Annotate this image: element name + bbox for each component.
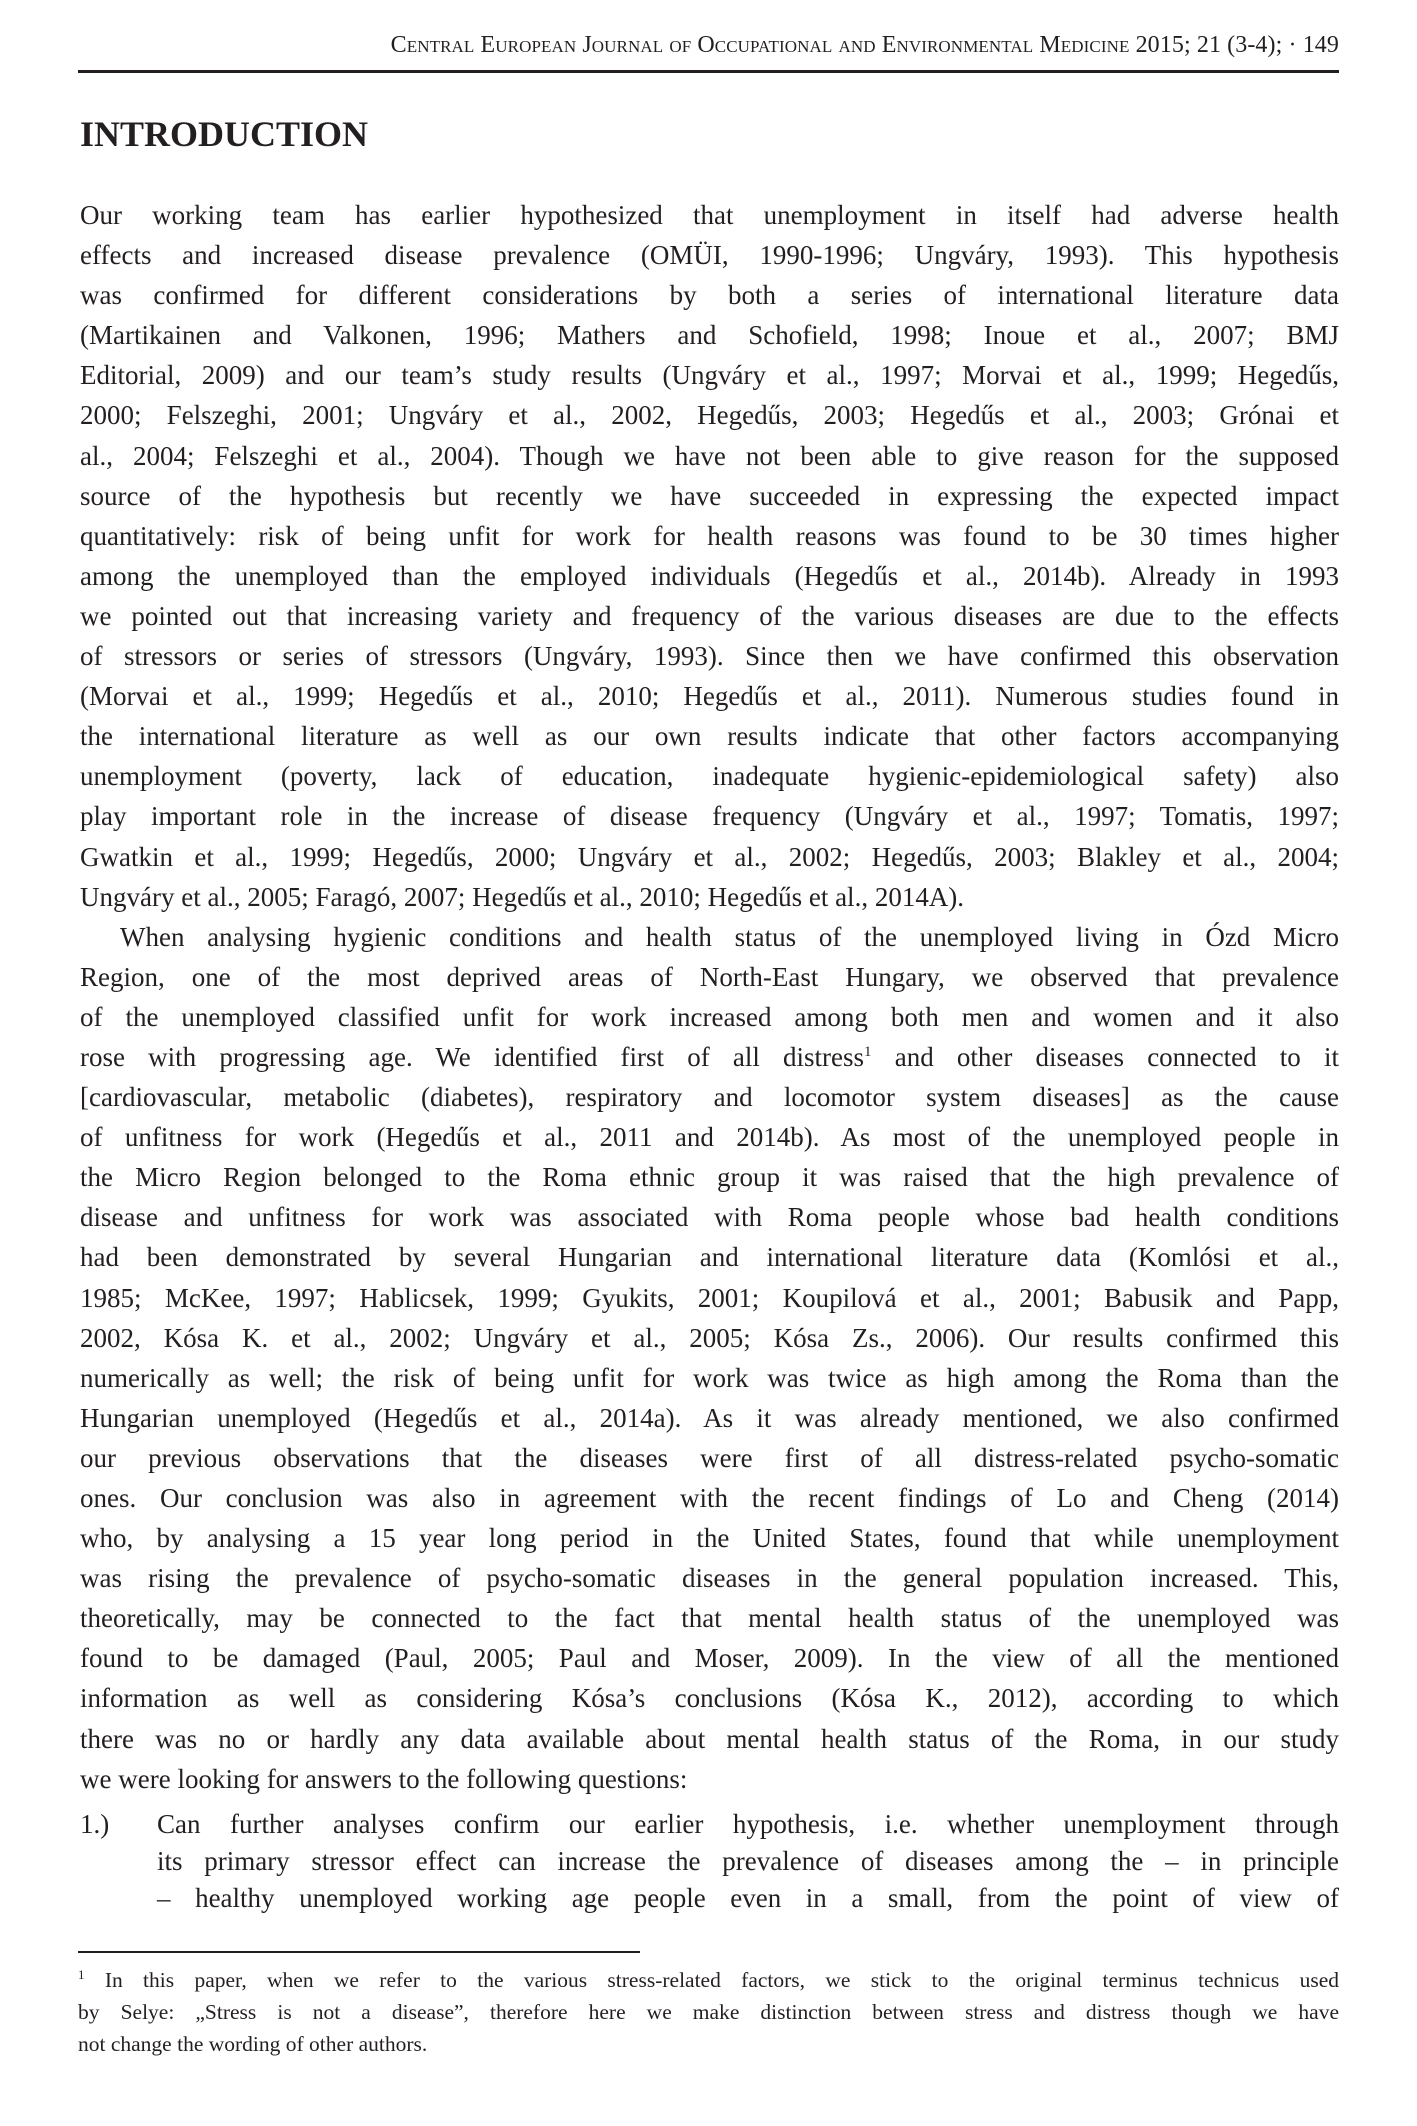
text-line: disease and unfitness for work was assoc… [80, 1197, 1339, 1237]
footnote: 1 In this paper, when we refer to the va… [78, 1964, 1339, 2060]
text-line: its primary stressor effect can increase… [157, 1843, 1339, 1880]
text-line: source of the hypothesis but recently we… [80, 476, 1339, 516]
paragraph-2: When analysing hygienic conditions and h… [80, 917, 1339, 1799]
text-line: (Morvai et al., 1999; Hegedűs et al., 20… [80, 676, 1339, 716]
footnote-line: by Selye: „Stress is not a disease”, the… [78, 1996, 1339, 2028]
text-line: our previous observations that the disea… [80, 1438, 1339, 1478]
text-line: numerically as well; the risk of being u… [80, 1358, 1339, 1398]
footnote-line: not change the wording of other authors. [78, 2028, 1339, 2060]
text-line: of stressors or series of stressors (Ung… [80, 636, 1339, 676]
text-line: (Martikainen and Valkonen, 1996; Mathers… [80, 315, 1339, 355]
text-line: was rising the prevalence of psycho-soma… [80, 1558, 1339, 1598]
text-line: Region, one of the most deprived areas o… [80, 957, 1339, 997]
text-line: Editorial, 2009) and our team’s study re… [80, 355, 1339, 395]
text-line: of unfitness for work (Hegedűs et al., 2… [80, 1117, 1339, 1157]
footnote-rule [78, 1951, 640, 1953]
text-line: 1985; McKee, 1997; Hablicsek, 1999; Gyuk… [80, 1278, 1339, 1318]
header-rule [78, 70, 1339, 73]
text-line: – healthy unemployed working age people … [157, 1880, 1339, 1917]
text-line: we pointed out that increasing variety a… [80, 596, 1339, 636]
text-line: 2002, Kósa K. et al., 2002; Ungváry et a… [80, 1318, 1339, 1358]
text-line: Ungváry et al., 2005; Faragó, 2007; Hege… [80, 877, 1339, 917]
text-line: the Micro Region belonged to the Roma et… [80, 1157, 1339, 1197]
text-line: quantitatively: risk of being unfit for … [80, 516, 1339, 556]
text-line-with-footnote: rose with progressing age. We identified… [80, 1037, 1339, 1077]
text-line: al., 2004; Felszeghi et al., 2004). Thou… [80, 436, 1339, 476]
text-line: who, by analysing a 15 year long period … [80, 1518, 1339, 1558]
list-item-number: 1.) [80, 1806, 109, 1843]
text-line: there was no or hardly any data availabl… [80, 1719, 1339, 1759]
text-line: the international literature as well as … [80, 716, 1339, 756]
text-segment: In this paper, when we refer to the vari… [85, 1968, 1340, 1992]
text-line: information as well as considering Kósa’… [80, 1678, 1339, 1718]
text-segment: and other diseases connected to it [872, 1042, 1339, 1072]
journal-citation: 2015; 21 (3-4); · 149 [1129, 32, 1339, 58]
list-item-text: Can further analyses confirm our earlier… [157, 1806, 1339, 1917]
running-head: Central European Journal of Occupational… [78, 30, 1339, 60]
text-line: unemployment (poverty, lack of education… [80, 756, 1339, 796]
text-line: was confirmed for different consideratio… [80, 275, 1339, 315]
text-line: Our working team has earlier hypothesize… [80, 195, 1339, 235]
text-line: we were looking for answers to the follo… [80, 1759, 1339, 1799]
text-line: theoretically, may be connected to the f… [80, 1598, 1339, 1638]
text-line: Hungarian unemployed (Hegedűs et al., 20… [80, 1398, 1339, 1438]
text-line: ones. Our conclusion was also in agreeme… [80, 1478, 1339, 1518]
text-line: Can further analyses confirm our earlier… [157, 1806, 1339, 1843]
journal-name: Central European Journal of Occupational… [391, 32, 1130, 58]
body-text: Our working team has earlier hypothesize… [80, 195, 1339, 1799]
text-line: of the unemployed classified unfit for w… [80, 997, 1339, 1037]
footnote-reference[interactable]: 1 [864, 1044, 872, 1060]
text-line: When analysing hygienic conditions and h… [80, 917, 1339, 957]
footnote-line: 1 In this paper, when we refer to the va… [78, 1964, 1339, 1996]
text-line: [cardiovascular, metabolic (diabetes), r… [80, 1077, 1339, 1117]
section-title: INTRODUCTION [80, 112, 368, 156]
text-line: 2000; Felszeghi, 2001; Ungváry et al., 2… [80, 395, 1339, 435]
text-line: had been demonstrated by several Hungari… [80, 1237, 1339, 1277]
paragraph-1: Our working team has earlier hypothesize… [80, 195, 1339, 917]
text-line: among the unemployed than the employed i… [80, 556, 1339, 596]
text-line: effects and increased disease prevalence… [80, 235, 1339, 275]
text-line: found to be damaged (Paul, 2005; Paul an… [80, 1638, 1339, 1678]
text-line: Gwatkin et al., 1999; Hegedűs, 2000; Ung… [80, 837, 1339, 877]
text-segment: rose with progressing age. We identified… [80, 1042, 864, 1072]
text-line: play important role in the increase of d… [80, 796, 1339, 836]
